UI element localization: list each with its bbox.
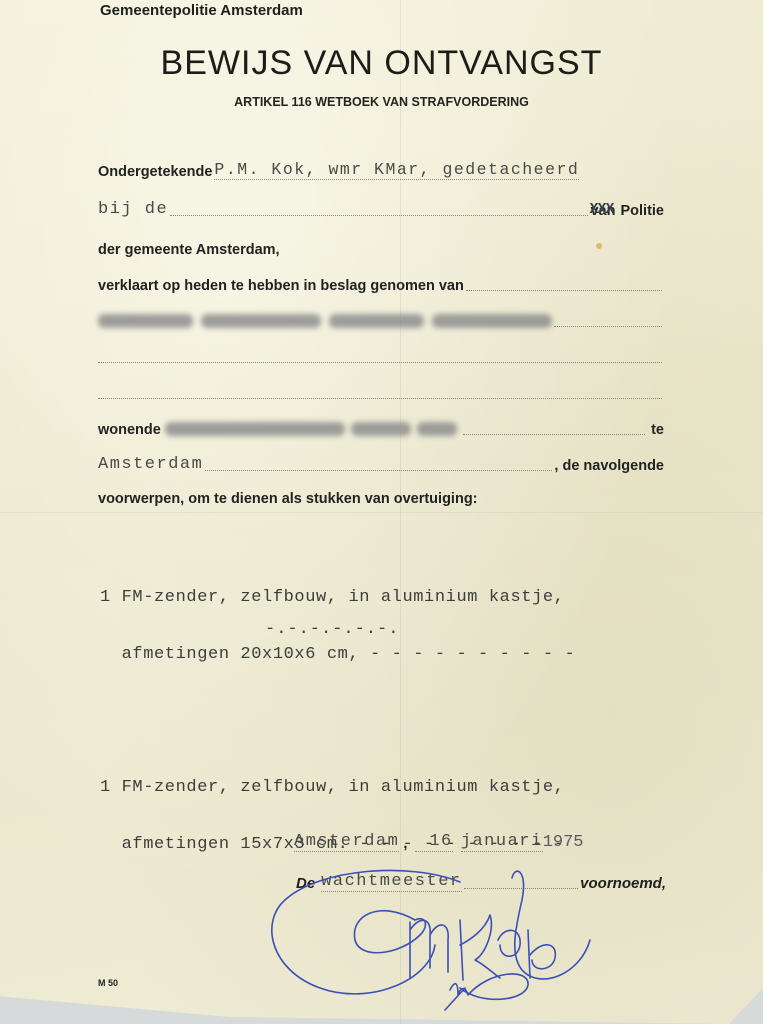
objects-label: voorwerpen, om te dienen als stukken van…: [98, 491, 478, 507]
city-row: Amsterdam , de navolgende: [98, 450, 664, 474]
fill-line: [170, 215, 588, 216]
fill-line: [466, 290, 662, 291]
date-line: Amsterdam , 16 januari 1975: [294, 832, 584, 852]
day-value[interactable]: 16: [415, 832, 452, 852]
fill-line: [205, 470, 552, 471]
city-value[interactable]: Amsterdam: [98, 455, 203, 474]
item-description: 1 FM-zender, zelfbouw, in aluminium kast…: [100, 778, 575, 797]
seized-from-label: verklaart op heden te hebben in beslag g…: [98, 278, 464, 294]
stain-mark: [596, 243, 602, 249]
seized-from-row: verklaart op heden te hebben in beslag g…: [98, 270, 664, 294]
signature: [260, 860, 620, 1024]
redacted-address: [165, 422, 457, 436]
redacted-name: [98, 314, 552, 328]
undersigned-label: Ondergetekende: [98, 164, 212, 180]
struck-word: van XXX: [590, 203, 615, 219]
month-value[interactable]: januari: [461, 832, 543, 852]
municipality-line: der gemeente Amsterdam,: [98, 242, 280, 258]
fill-line: [98, 362, 662, 363]
undersigned-row: Ondergetekende P.M. Kok, wmr KMar, gedet…: [98, 156, 664, 180]
police-label: Politie: [620, 203, 664, 219]
objects-row: voorwerpen, om te dienen als stukken van…: [98, 483, 664, 507]
residing-label: wonende: [98, 422, 161, 438]
overtype-x: XXX: [589, 201, 613, 218]
document-subtitle: ARTIKEL 116 WETBOEK VAN STRAFVORDERING: [0, 95, 763, 109]
municipality-row: der gemeente Amsterdam,: [98, 234, 664, 258]
residing-row: wonende te: [98, 414, 664, 438]
date-comma: ,: [403, 836, 407, 852]
in-label: te: [651, 422, 664, 438]
empty-line: [98, 378, 664, 402]
undersigned-value[interactable]: P.M. Kok, wmr KMar, gedetacheerd: [214, 160, 579, 180]
place-value[interactable]: Amsterdam: [294, 832, 399, 852]
fill-line: [463, 434, 645, 435]
document-title: BEWIJS VAN ONTVANGST: [0, 44, 763, 83]
organization-name: Gemeentepolitie Amsterdam: [100, 2, 303, 19]
fill-line: [554, 326, 662, 327]
year-value: 1975: [543, 833, 584, 852]
signature-strokes: [272, 870, 590, 1010]
following-label: , de navolgende: [554, 458, 664, 474]
attached-row: bij de van XXX Politie: [98, 195, 664, 219]
item-description: 1 FM-zender, zelfbouw, in aluminium kast…: [100, 588, 575, 607]
fill-line: [98, 398, 662, 399]
empty-line: [98, 342, 664, 366]
form-code: M 50: [98, 978, 118, 988]
attached-value[interactable]: bij de: [98, 200, 168, 219]
item-dimensions: afmetingen 20x10x6 cm, - - - - - - - - -…: [100, 645, 575, 664]
seized-from-value-row: [98, 306, 664, 330]
items-terminator: -.-.-.-.-.-.: [265, 620, 399, 639]
